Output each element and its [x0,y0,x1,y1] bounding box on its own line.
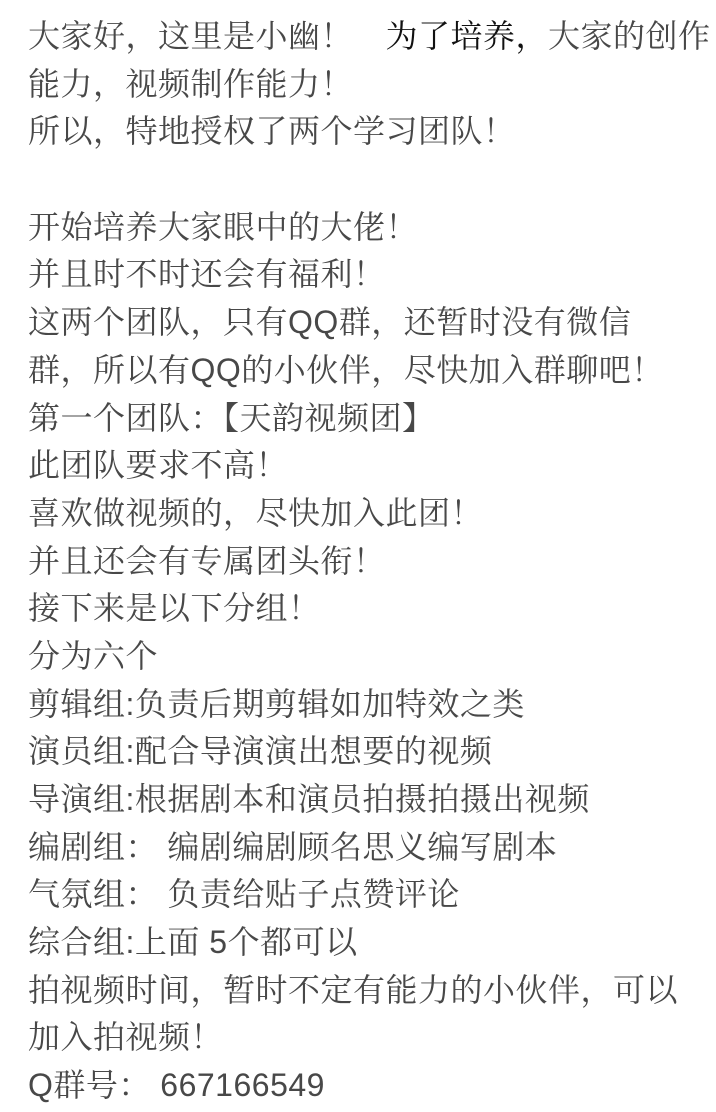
text-line: 这两个团队，只有QQ群，还暂时没有微信 [28,299,706,347]
text-line: 分为六个 [28,633,706,681]
text-segment: Q群号： 667166549 [28,1067,325,1103]
text-segment: 拍视频时间，暂时不定有能力的小伙伴，可以 [28,972,678,1008]
text-segment: 开始培养大家眼中的大佬！ [28,209,418,245]
text-segment: 能力，视频制作能力！ [28,66,353,102]
text-line [28,156,706,204]
text-segment: 此团队要求不高！ [28,447,288,483]
text-line: 群，所以有QQ的小伙伴，尽快加入群聊吧！ [28,347,706,395]
text-segment: 分为六个 [28,638,158,674]
text-line: 并且还会有专属团头衔！ [28,538,706,586]
text-line: 综合组:上面 5个都可以 [28,919,706,967]
text-segment: 喜欢做视频的，尽快加入此团！ [28,495,483,531]
screenshot-root: { "style": { "background": "#ffffff", "t… [0,0,716,1112]
text-line: Q群号： 667166549 [28,1062,706,1110]
text-segment: 导演组:根据剧本和演员拍摄拍摄出视频 [28,781,590,817]
text-line: 气氛组： 负责给贴子点赞评论 [28,871,706,919]
text-line: 所以，特地授权了两个学习团队！ [28,108,706,156]
text-segment: 第一个团队：【天韵视频团】 [28,400,435,436]
text-segment: 大家的创作 [548,18,711,54]
text-line: 剪辑组:负责后期剪辑如加特效之类 [28,681,706,729]
text-line: 演员组:配合导演演出想要的视频 [28,728,706,776]
text-line: 加入拍视频！ [28,1014,706,1062]
text-segment: 剪辑组:负责后期剪辑如加特效之类 [28,686,525,722]
text-line: 此团队要求不高！ [28,442,706,490]
text-segment: 并且还会有专属团头衔！ [28,543,386,579]
text-line: 第一个团队：【天韵视频团】 [28,395,706,443]
notice-page: 大家好，这里是小幽！ 为了培养，大家的创作 能力，视频制作能力！ 所以，特地授权… [0,0,716,1112]
text-line: 喜欢做视频的，尽快加入此团！ [28,490,706,538]
text-segment: 群，所以有QQ的小伙伴，尽快加入群聊吧！ [28,352,664,388]
text-segment: 并且时不时还会有福利！ [28,256,386,292]
notice-text-block: 大家好，这里是小幽！ 为了培养，大家的创作 能力，视频制作能力！ 所以，特地授权… [28,13,706,1110]
text-line: 开始培养大家眼中的大佬！ [28,204,706,252]
text-line: 能力，视频制作能力！ [28,61,706,109]
text-segment: 演员组:配合导演演出想要的视频 [28,733,492,769]
text-line: 编剧组： 编剧编剧顾名思义编写剧本 [28,824,706,872]
text-line: 拍视频时间，暂时不定有能力的小伙伴，可以 [28,967,706,1015]
text-segment: 加入拍视频！ [28,1019,223,1055]
text-segment: 接下来是以下分组！ [28,590,321,626]
text-line: 并且时不时还会有福利！ [28,251,706,299]
text-segment: 这两个团队，只有QQ群，还暂时没有微信 [28,304,631,340]
text-segment [353,18,386,54]
text-segment: 编剧组： 编剧编剧顾名思义编写剧本 [28,829,557,865]
text-line: 导演组:根据剧本和演员拍摄拍摄出视频 [28,776,706,824]
text-segment: 大家好，这里是小幽！ [28,18,353,54]
text-line: 大家好，这里是小幽！ 为了培养，大家的创作 [28,13,706,61]
text-segment: 为了培养， [386,18,549,54]
text-segment: 综合组:上面 5个都可以 [28,924,358,960]
text-segment: 气氛组： 负责给贴子点赞评论 [28,876,460,912]
text-line: 接下来是以下分组！ [28,585,706,633]
text-segment: 所以，特地授权了两个学习团队！ [28,113,516,149]
